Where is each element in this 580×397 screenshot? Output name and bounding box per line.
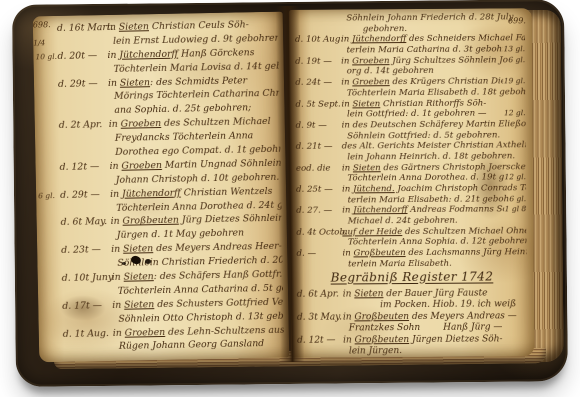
entry-text-rest: lein Jürgen. [343, 346, 402, 356]
entry-date [60, 183, 110, 184]
fee-note: 6 gl. [508, 55, 526, 66]
entry-text-rest: Martin Ungnad Söhnlein [162, 158, 281, 171]
entry-text-rest: terlein Maria Elisabeth. [343, 259, 452, 270]
entry-place: Groeben [125, 327, 166, 339]
entry-text-rest: Töchterlein Anna Dorothea d. 24t gebohre… [110, 198, 281, 213]
fee-note: 1 gl 8 [505, 205, 528, 216]
right-page-burial-entries: d. 6t Apr. in Sieten der Bauer Jürg Faus… [291, 284, 535, 359]
entry-text-pre: in [113, 327, 125, 338]
entry-text-rest: lein Gottfried: d. 1t gebohren — [341, 109, 486, 120]
entry-text-pre: in [342, 163, 353, 173]
entry-date: d. 12t — [59, 160, 109, 175]
entry-date: d. 27. — [296, 206, 342, 217]
entry-date [63, 349, 113, 350]
entry-text-rest: Töchterlein Anna Sophia. d. 12t gebohren… [342, 237, 526, 248]
entry-place: Sieten [124, 299, 154, 311]
entry-text-rest: ana Sophia. d. 25t gebohren; [108, 103, 251, 117]
entry-date: d. 29t — [58, 77, 108, 92]
page-number-right: 699. [508, 16, 526, 25]
entry-date: d. 29t — [60, 188, 110, 203]
entry-date [59, 141, 109, 142]
entry-date: d. 6t Apr. [297, 289, 343, 301]
entry-text-rest: Freydancks Töchterlein Anna [109, 130, 253, 144]
fee-note: 6 gl. [509, 194, 527, 205]
entry-text-rest: Töchterlein Maria Lovisa d. 14t gebohren [108, 60, 279, 75]
entry-date: d. 9t — [296, 120, 342, 131]
entry-text-rest: Jürgen Dietzes Söh- [409, 334, 502, 345]
entry-text-rest: des Schultzen Michael Ohnesorges [402, 226, 526, 237]
entry-place: Jütchendorff [353, 205, 407, 215]
entry-text-rest: des Schneiders Michael Fausten Töch- [406, 34, 525, 45]
entry-text-rest: Rügen Johann Georg Gansland [113, 339, 264, 353]
entry-date [58, 72, 108, 73]
entry-text-pre: in [111, 244, 123, 255]
entry-place: Sieten [120, 77, 150, 89]
entry-text-rest: : des Schäfers Hanß Gottfr. [154, 269, 283, 282]
entry-place: Großbeuten [353, 248, 405, 258]
entry-text-pre: in [342, 249, 353, 259]
entry-place: Jütchendorff [352, 34, 406, 44]
entry-text-pre: in [341, 35, 352, 45]
entry-text-rest: Christian Rithorffs Söh- [380, 98, 486, 109]
margin-fee-note: 6 gl. [38, 189, 60, 203]
entry-text-rest: des Alt. Gerichts Meister Christian Axth… [342, 140, 526, 151]
entry-text-pre: in [109, 161, 121, 172]
entry-place: Jütchendorff [119, 48, 178, 60]
entry-text-rest: im Pocken. Hiob. 19. ich weiß [343, 299, 516, 310]
entry-text-rest: Christian Ceuls Söh- [149, 19, 249, 32]
entry-place: Groeben [121, 160, 162, 172]
entry-text-pre: in [109, 119, 121, 130]
entry-text-pre: in [343, 312, 355, 322]
entry-text-rest: des Lachsmanns Jürg Heinrichs Töch- [406, 247, 527, 258]
entry-text-pre: in [108, 77, 120, 88]
entry-text-rest: des Schultzen Michael [161, 116, 271, 129]
book-photo: 698. 1/4 d. 16t Mart. in Sieten Christia… [0, 0, 580, 397]
entry-text-rest: Söhnlein Gottfried: d. 5t gebohren. [342, 130, 501, 141]
ink-blot [145, 259, 151, 264]
entry-place: Sieten [354, 289, 383, 299]
entry-date: d. 16t Mart. [57, 21, 107, 36]
entry-text-rest: Hanß Görckens [178, 47, 255, 59]
entry-text-pre: in [112, 300, 124, 311]
entry-date [58, 99, 108, 100]
entry-text-pre: in [342, 206, 353, 216]
fee-note: 13 gl. [504, 44, 527, 55]
margin-fee-note: 10 gl. [35, 50, 57, 64]
entry-text-rest: Töchterlein Maria Elisabeth d. 18t geboh… [341, 87, 525, 98]
entry-date: d. 20t — [57, 49, 107, 64]
ink-blot [122, 262, 126, 265]
entry-date: d. 25t — [296, 184, 342, 195]
entry-date [59, 113, 109, 114]
entry-place: Großbeuten [355, 335, 410, 345]
entry-text-pre: in [107, 50, 119, 61]
entry-text-pre: in [343, 335, 355, 345]
entry-date [63, 322, 113, 323]
entry-text-rest: org d. 14t gebohren [341, 66, 434, 77]
burial-register-heading: Begräbniß Register 1742 [291, 269, 534, 286]
fee-note: 19 gl. [504, 76, 527, 87]
entry-date: d. 6t May. [61, 215, 111, 230]
entry-text-pre: in [342, 184, 353, 194]
entry-text: lein Jürgen. [343, 345, 527, 358]
entry-text-rest: Töchterlein Anna Catharina d. 5t gebohre… [112, 282, 283, 297]
entry-text-rest: Dorothea ego Compat. d. 1t gebohren [109, 143, 280, 158]
entry-place: Groeben [352, 56, 389, 66]
entry-date: d. 1t Aug. [63, 327, 113, 342]
book-gutter [276, 6, 305, 362]
entry-place: Jütchend. [353, 184, 395, 194]
entry-text-rest: Söhnlein Otto Christoph d. 13t gebohren; [112, 310, 283, 325]
entry-text-rest: Frantzkes Sohn Hanß Jürg — [343, 322, 502, 333]
entry-text-rest: : des Schmidts Peter [150, 75, 247, 88]
entry-place: auf der Heide [342, 227, 402, 237]
entry-place: Großbeuten [354, 312, 409, 322]
entry-text-rest: Jürg Schultzes Söhnlein Johann Ge- [389, 55, 508, 66]
entry-place: Sieten [353, 163, 381, 173]
page-number-left: 698. [33, 20, 51, 29]
entry-text: Rügen Johann Georg Gansland [113, 337, 284, 354]
entry-text-rest: der Bauer Jürg Fauste [383, 288, 487, 299]
entry-date: d. 24t — [295, 78, 341, 89]
entry-date: d. 5t Sept. [295, 99, 341, 110]
entry-date [61, 238, 111, 239]
entry-text-pre: in [110, 188, 122, 199]
entry-text-rest: Christian Wentzels [181, 186, 273, 199]
entry-date: eod. die [296, 163, 342, 174]
fee-note: 12 gl. [504, 108, 527, 119]
entry-date [62, 266, 112, 267]
entry-text-pre: in [342, 120, 353, 130]
entry-place: Groeben [352, 77, 389, 87]
paper-stain [470, 150, 510, 220]
entry-text-pre: in [112, 272, 124, 283]
entry-date: d. 23t — [61, 243, 111, 258]
entry-text-rest: Mörings Töchterlein Catharina Christi- [108, 88, 279, 103]
entry-date: d. 10t Aug. [295, 35, 341, 46]
paper-stain [60, 295, 106, 321]
entry-text-rest: des Deutschen Schäferey Martin Eließons [353, 119, 526, 130]
entry-text-pre: in [341, 56, 352, 66]
entry-place: Groeben [121, 118, 162, 130]
entry-place: Großbeuten [122, 215, 179, 227]
entry-date: d. 21t — [296, 142, 342, 153]
entry-text-rest: Söhnlein Johann Friederich d. 28t July [341, 12, 514, 23]
entry-text-rest: Michael d. 24t gebohren. [342, 216, 457, 227]
entry-date [59, 155, 109, 156]
entry-line: lein Jürgen. [297, 345, 528, 358]
entry-text-pre: in [343, 289, 355, 299]
entry-date [60, 211, 110, 212]
entry-date [57, 44, 107, 45]
entry-place: Sieten [119, 21, 149, 33]
entry-text-pre: in [111, 216, 123, 227]
entry-text-rest: lein Ernst Ludowieg d. 9t gebohren. [107, 33, 278, 47]
entry-text-rest: des Meyers Andreas — [409, 311, 517, 322]
entry-text-rest: des Schusters Gottfried Vetters [154, 296, 283, 310]
entry-text-rest: des Krügers Christian Dietzes [390, 76, 504, 87]
entry-text-rest: Jürgen d. 1t May gebohren [111, 228, 244, 242]
entry-text-rest: Johann Christoph d. 10t gebohren. [110, 172, 280, 186]
entry-date: d. 10t Juny [62, 271, 112, 286]
entry-place: Jütchendorff [122, 187, 181, 199]
entry-text-pre: in [341, 99, 352, 109]
entry-text-rest: des Lehn-Schultzens aus [165, 324, 284, 337]
entry-place: Sieten [123, 243, 153, 255]
entry-text-rest: gebohren. [341, 24, 407, 34]
entry-place: Sieten [124, 271, 154, 283]
entry-date: d. 4t Octob. [296, 227, 342, 238]
entry-text-pre: in [341, 78, 352, 88]
entry-date: d. 19t — [295, 56, 341, 67]
right-page-baptism-entries: Söhnlein Johann Friederich d. 28t July g… [289, 8, 534, 270]
entry-text-rest: Jürg Dietzes Söhnlein [179, 213, 282, 226]
entry-text-rest: terlein Maria Catharina d. 3t gebohren, [341, 44, 504, 55]
entry-date: d. — [296, 249, 342, 260]
entry-place: Sieten [352, 99, 380, 109]
entry-text-rest: des Meyers Andreas Heer- [153, 241, 282, 254]
entry-text-pre: in [107, 22, 119, 33]
entry-date: d. 2t Apr. [59, 118, 109, 133]
